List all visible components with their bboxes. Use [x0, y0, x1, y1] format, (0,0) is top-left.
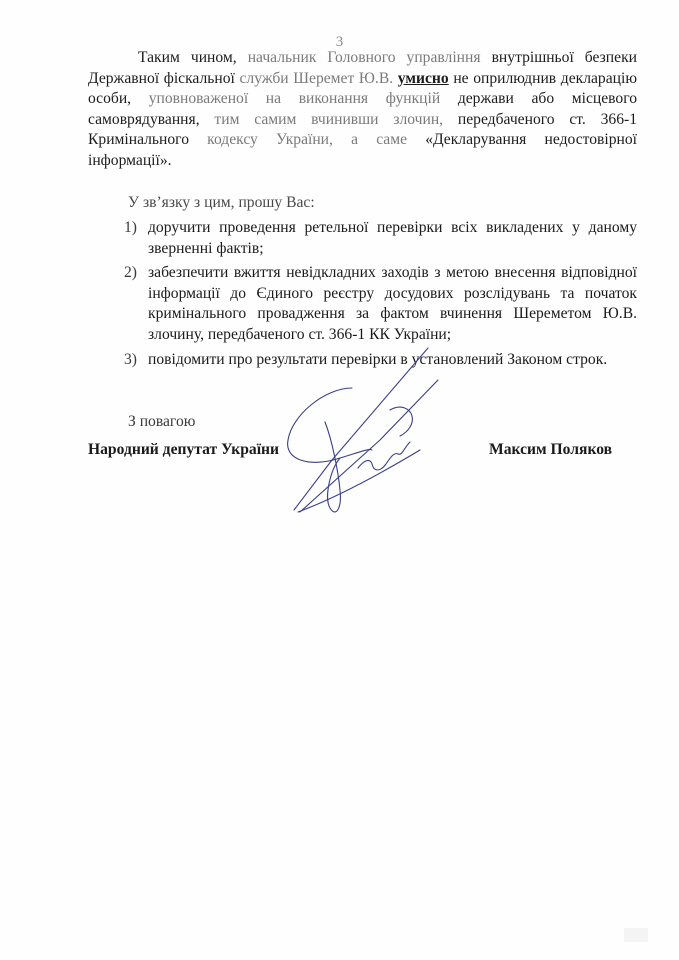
- para-seg-8: тим самим вчинивши злочин,: [214, 111, 457, 128]
- main-paragraph: Таким чином, начальник Головного управлі…: [88, 48, 637, 172]
- request-text: доручити проведення ретельної перевірки …: [148, 219, 637, 257]
- signature-icon: [270, 340, 440, 520]
- scan-artifact: [624, 928, 648, 942]
- signatory-name: Максим Поляков: [489, 441, 612, 459]
- emphasis-intentionally: умисно: [398, 70, 449, 87]
- request-number: 1): [124, 218, 137, 239]
- para-seg-6: уповноваженої на виконання функцій: [149, 90, 458, 107]
- request-intro: У зв’язку з цим, прошу Вас:: [128, 194, 315, 212]
- para-seg-1: начальник Головного управління: [248, 49, 492, 66]
- signatory-title: Народний депутат України: [88, 441, 279, 459]
- para-seg-10: кодексу України, а саме: [207, 131, 425, 148]
- request-item-1: 1) доручити проведення ретельної перевір…: [124, 218, 637, 259]
- document-page: 3 Таким чином, начальник Головного управ…: [0, 0, 679, 960]
- closing-phrase: З повагою: [128, 413, 195, 431]
- request-number: 3): [124, 350, 137, 371]
- para-seg-3: служби Шеремет Ю.В.: [240, 70, 398, 87]
- para-seg-0: Таким чином,: [138, 49, 248, 66]
- request-item-2: 2) забезпечити вжиття невідкладних заход…: [124, 263, 637, 345]
- request-text: забезпечити вжиття невідкладних заходів …: [148, 264, 637, 343]
- request-number: 2): [124, 263, 137, 284]
